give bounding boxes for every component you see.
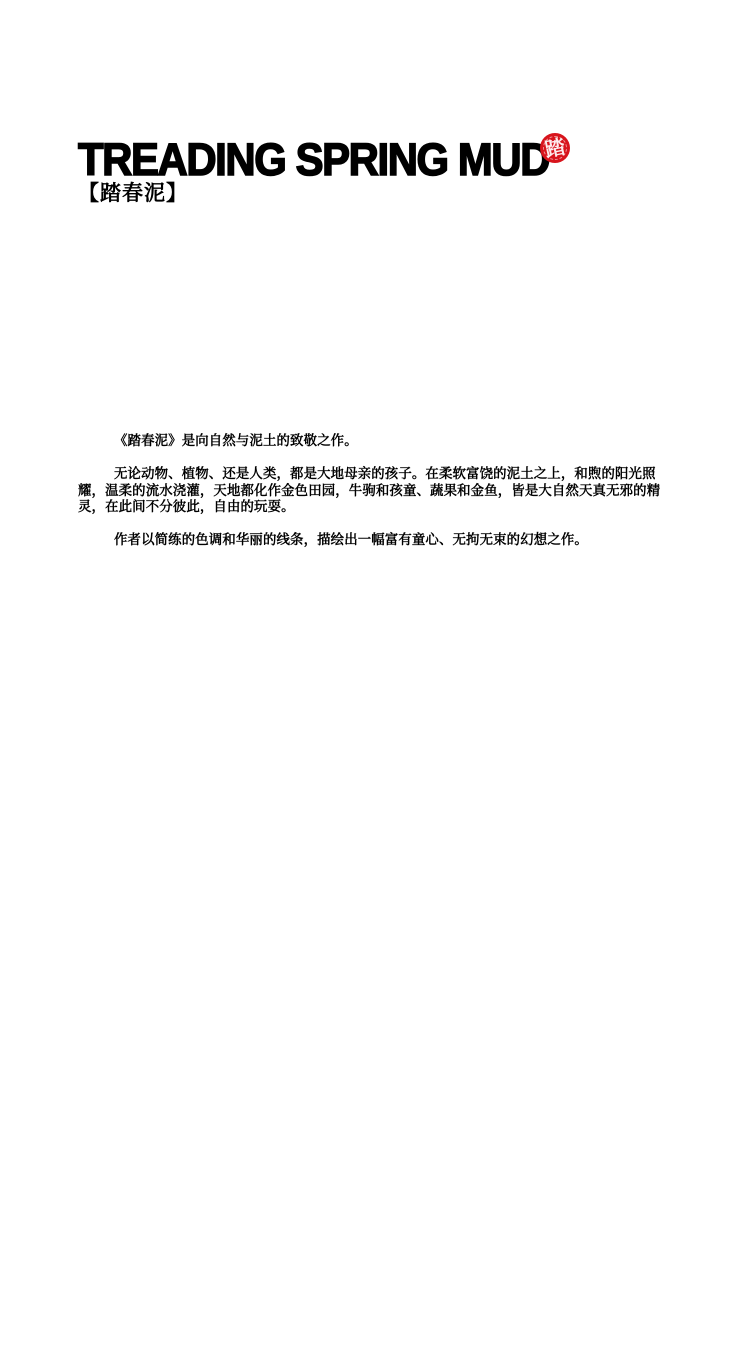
description-text: 《踏春泥》是向自然与泥土的致敬之作。 无论动物、植物、还是人类，都是大地母亲的孩… [78, 434, 666, 566]
seal-glyph: 踏 [543, 136, 567, 160]
title-block: TREADING SPRING MUD 踏 【踏春泥】 [78, 136, 578, 216]
red-seal-stamp-icon: 踏 [540, 133, 570, 163]
paragraph-main: 无论动物、植物、还是人类，都是大地母亲的孩子。在柔软富饶的泥土之上，和煦的阳光照… [78, 467, 666, 517]
chinese-subtitle: 【踏春泥】 [78, 180, 188, 206]
paragraph-intro: 《踏春泥》是向自然与泥土的致敬之作。 [78, 434, 666, 451]
page-title: TREADING SPRING MUD [78, 136, 549, 184]
paragraph-style: 作者以简练的色调和华丽的线条，描绘出一幅富有童心、无拘无束的幻想之作。 [78, 533, 666, 550]
